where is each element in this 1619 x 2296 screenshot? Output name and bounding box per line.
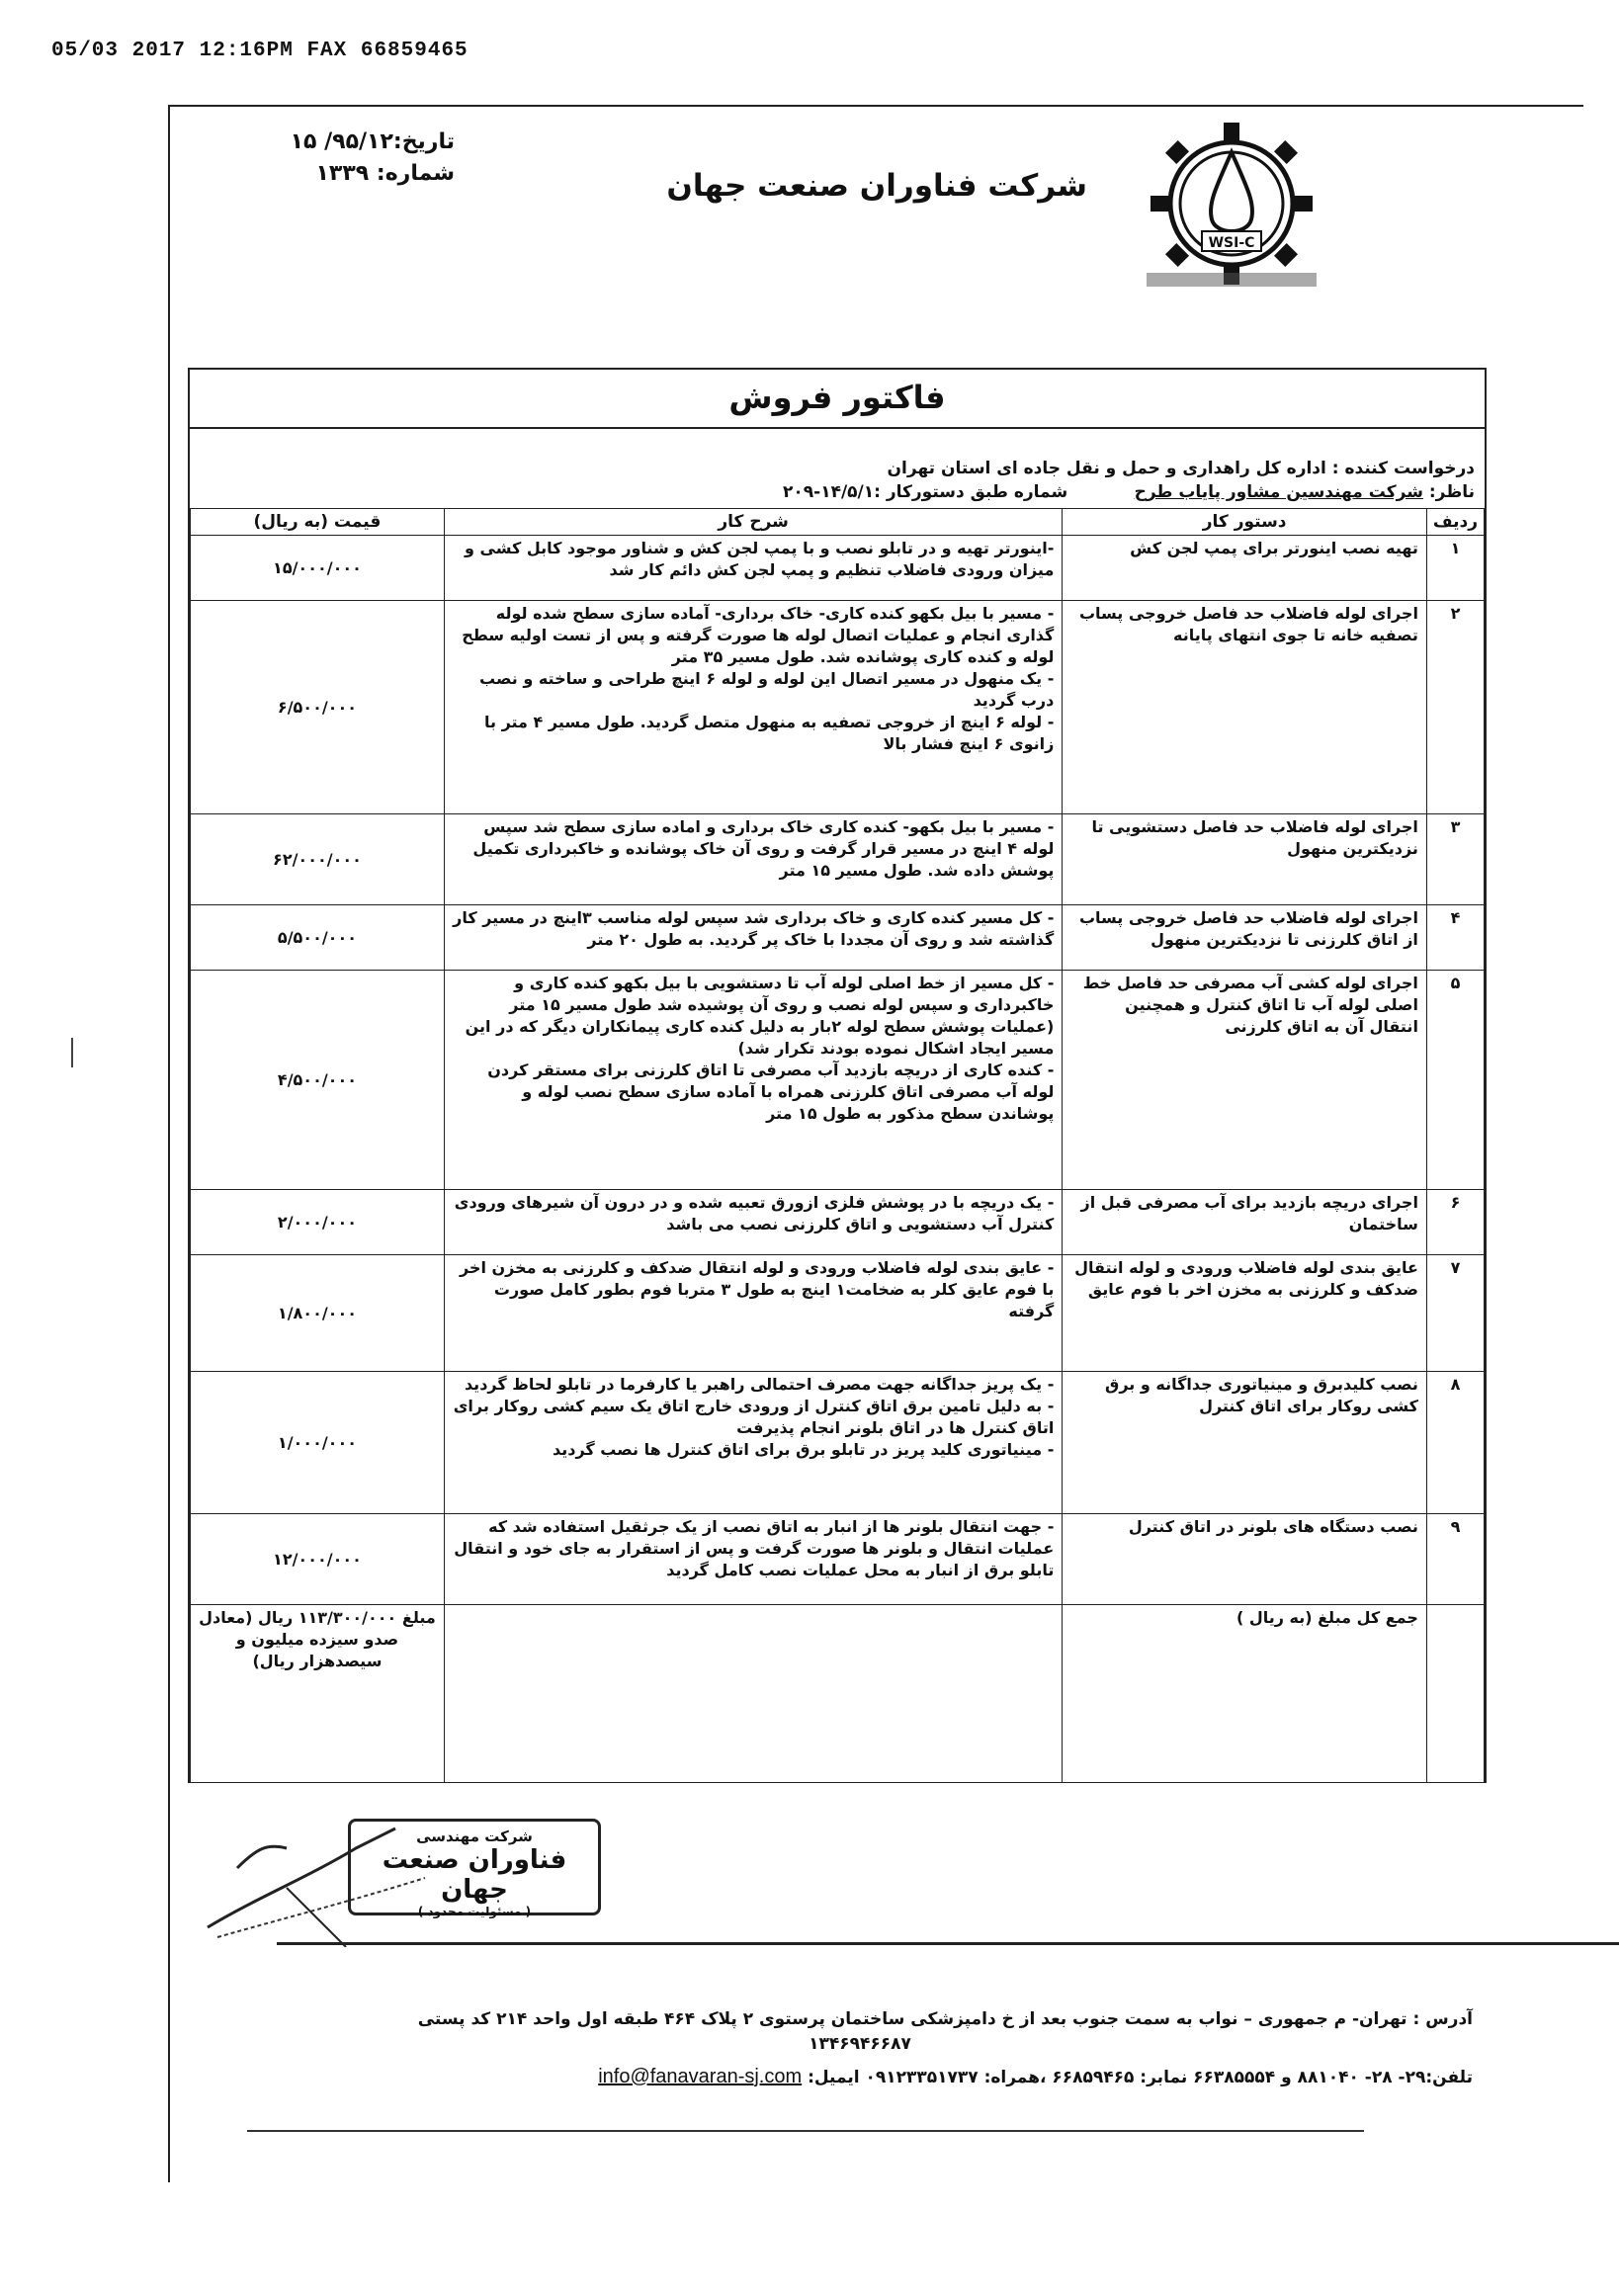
description-line: - کل مسیر کنده کاری و خاک برداری شد سپس … bbox=[453, 907, 1054, 951]
date-label: تاریخ: bbox=[393, 129, 455, 154]
row-price: ۵/۵۰۰/۰۰۰ bbox=[191, 905, 445, 971]
requester-label: درخواست کننده : bbox=[1332, 459, 1475, 478]
description-line: - یک دریچه با در پوشش فلزی ازورق تعبیه ش… bbox=[453, 1192, 1054, 1235]
header-description: شرح کار bbox=[444, 509, 1062, 536]
description-line: - مینیاتوری کلید پریز در تابلو برق برای … bbox=[453, 1439, 1054, 1461]
work-order: اجرای لوله فاضلاب حد فاصل دستشویی تا نزد… bbox=[1063, 814, 1427, 905]
stamp-line-1: شرکت مهندسی bbox=[351, 1828, 598, 1845]
row-number: ۷ bbox=[1426, 1255, 1484, 1372]
table-row: ۳ اجرای لوله فاضلاب حد فاصل دستشویی تا ن… bbox=[191, 814, 1485, 905]
table-row: ۸ نصب کلیدبرق و مینیاتوری جداگانه و برق … bbox=[191, 1372, 1485, 1514]
row-price: ۱/۸۰۰/۰۰۰ bbox=[191, 1255, 445, 1372]
requester-value: اداره کل راهداری و حمل و نقل جاده ای است… bbox=[888, 459, 1326, 478]
row-number: ۵ bbox=[1426, 971, 1484, 1190]
number-value: ۱۳۳۹ bbox=[316, 161, 370, 186]
supervisor-label: ناظر: bbox=[1429, 482, 1475, 502]
table-row: ۶ اجرای دریچه بازدید برای آب مصرفی قبل ا… bbox=[191, 1190, 1485, 1255]
row-number: ۲ bbox=[1426, 601, 1484, 814]
invoice-title: فاکتور فروش bbox=[190, 370, 1485, 429]
row-number: ۴ bbox=[1426, 905, 1484, 971]
work-description: -اینورتر تهیه و در تابلو نصب و با پمپ لج… bbox=[444, 536, 1062, 601]
order-value: ۱۴/۵/۱-۲۰۹ bbox=[783, 482, 874, 502]
fax-header: 05/03 2017 12:16PM FAX 66859465 bbox=[51, 40, 469, 62]
company-stamp: شرکت مهندسی فناوران صنعت جهان ( مسئولیت … bbox=[348, 1819, 601, 1915]
bottom-divider bbox=[247, 2130, 1364, 2132]
description-line: - عایق بندی لوله فاضلاب ورودی و لوله انت… bbox=[453, 1257, 1054, 1322]
date-value: ۹۵/۱۲/ ۱۵ bbox=[291, 129, 393, 154]
footer-address: آدرس : تهران- م جمهوری – نواب به سمت جنو… bbox=[247, 2006, 1473, 2032]
header-work-order: دستور کار bbox=[1063, 509, 1427, 536]
number-label: شماره: bbox=[377, 161, 455, 186]
table-row: ۷ عایق بندی لوله فاضلاب ورودی و لوله انت… bbox=[191, 1255, 1485, 1372]
row-price: ۱۵/۰۰۰/۰۰۰ bbox=[191, 536, 445, 601]
description-line: - مسیر با بیل بکهو کنده کاری- خاک برداری… bbox=[453, 603, 1054, 668]
work-order: نصب کلیدبرق و مینیاتوری جداگانه و برق کش… bbox=[1063, 1372, 1427, 1514]
work-description: - مسیر با بیل بکهو کنده کاری- خاک برداری… bbox=[444, 601, 1062, 814]
row-price: ۶۲/۰۰۰/۰۰۰ bbox=[191, 814, 445, 905]
supervisor-line: ناظر: شرکت مهندسین مشاور پایاب طرح bbox=[1135, 482, 1475, 502]
table-row: ۵ اجرای لوله کشی آب مصرفی حد فاصل خط اصل… bbox=[191, 971, 1485, 1190]
supervisor-value: شرکت مهندسین مشاور پایاب طرح bbox=[1135, 482, 1423, 502]
work-description: - عایق بندی لوله فاضلاب ورودی و لوله انت… bbox=[444, 1255, 1062, 1372]
order-number-line: شماره طبق دستورکار :۱۴/۵/۱-۲۰۹ bbox=[783, 482, 1067, 502]
gear-drop-logo-icon: WSI-C bbox=[1147, 109, 1317, 306]
row-number: ۳ bbox=[1426, 814, 1484, 905]
work-description: - مسیر با بیل بکهو- کنده کاری خاک برداری… bbox=[444, 814, 1062, 905]
row-price: ۱/۰۰۰/۰۰۰ bbox=[191, 1372, 445, 1514]
row-number: ۸ bbox=[1426, 1372, 1484, 1514]
footer-postal-code: ۱۳۴۶۹۴۶۶۸۷ bbox=[247, 2034, 1473, 2054]
total-row: جمع کل مبلغ (به ریال ) مبلغ ۱۱۳/۳۰۰/۰۰۰ … bbox=[191, 1605, 1485, 1783]
invoice-meta: درخواست کننده : اداره کل راهداری و حمل و… bbox=[190, 429, 1485, 508]
work-description: - کل مسیر کنده کاری و خاک برداری شد سپس … bbox=[444, 905, 1062, 971]
total-empty-cell bbox=[1426, 1605, 1484, 1783]
work-order: اجرای لوله فاضلاب حد فاصل خروجی پساب از … bbox=[1063, 905, 1427, 971]
work-description: - کل مسیر از خط اصلی لوله آب تا دستشویی … bbox=[444, 971, 1062, 1190]
row-price: ۲/۰۰۰/۰۰۰ bbox=[191, 1190, 445, 1255]
work-order: اجرای دریچه بازدید برای آب مصرفی قبل از … bbox=[1063, 1190, 1427, 1255]
footer-email-link[interactable]: info@fanavaran-sj.com bbox=[598, 2066, 802, 2087]
invoice-items-table: ردیف دستور کار شرح کار قیمت (به ریال) ۱ … bbox=[190, 508, 1485, 1783]
work-description: - جهت انتقال بلونر ها از انبار به اتاق ن… bbox=[444, 1514, 1062, 1605]
description-line: - مسیر با بیل بکهو- کنده کاری خاک برداری… bbox=[453, 816, 1054, 882]
description-line: - جهت انتقال بلونر ها از انبار به اتاق ن… bbox=[453, 1516, 1054, 1581]
work-order: اجرای لوله کشی آب مصرفی حد فاصل خط اصلی … bbox=[1063, 971, 1427, 1190]
description-line: - لوله ۶ اینچ از خروجی تصفیه به منهول مت… bbox=[453, 712, 1054, 755]
requester-line: درخواست کننده : اداره کل راهداری و حمل و… bbox=[888, 459, 1475, 478]
table-header-row: ردیف دستور کار شرح کار قیمت (به ریال) bbox=[191, 509, 1485, 536]
order-label: شماره طبق دستورکار : bbox=[874, 482, 1067, 502]
table-row: ۲ اجرای لوله فاضلاب حد فاصل خروجی پساب ت… bbox=[191, 601, 1485, 814]
table-row: ۱ تهیه نصب اینورتر برای پمپ لجن کش -اینو… bbox=[191, 536, 1485, 601]
description-line: -اینورتر تهیه و در تابلو نصب و با پمپ لج… bbox=[453, 538, 1054, 581]
header-price: قیمت (به ریال) bbox=[191, 509, 445, 536]
stamp-line-2: فناوران صنعت جهان bbox=[351, 1845, 598, 1905]
row-price: ۶/۵۰۰/۰۰۰ bbox=[191, 601, 445, 814]
logo-text: WSI-C bbox=[1209, 235, 1255, 251]
date-number-block: تاریخ:۹۵/۱۲/ ۱۵ شماره: ۱۳۳۹ bbox=[277, 127, 455, 190]
total-value: مبلغ ۱۱۳/۳۰۰/۰۰۰ ریال (معادل صدو سیزده م… bbox=[191, 1605, 445, 1783]
header-row-number: ردیف bbox=[1426, 509, 1484, 536]
row-number: ۹ bbox=[1426, 1514, 1484, 1605]
table-row: ۹ نصب دستگاه های بلونر در اتاق کنترل - ج… bbox=[191, 1514, 1485, 1605]
table-row: ۴ اجرای لوله فاضلاب حد فاصل خروجی پساب ا… bbox=[191, 905, 1485, 971]
row-number: ۶ bbox=[1426, 1190, 1484, 1255]
description-line: - کل مسیر از خط اصلی لوله آب تا دستشویی … bbox=[453, 973, 1054, 1060]
footer-divider bbox=[277, 1942, 1619, 1945]
work-description: - یک پریز جداگانه جهت مصرف احتمالی راهبر… bbox=[444, 1372, 1062, 1514]
footer-phone: تلفن:۲۹- ۲۸- ۸۸۱۰۴۰ و ۶۶۳۸۵۵۵۴ نمابر: ۶۶… bbox=[808, 2068, 1473, 2087]
stamp-line-3: ( مسئولیت محدود ) bbox=[351, 1905, 598, 1918]
description-line: - یک منهول در مسیر اتصال این لوله و لوله… bbox=[453, 668, 1054, 712]
work-order: عایق بندی لوله فاضلاب ورودی و لوله انتقا… bbox=[1063, 1255, 1427, 1372]
row-price: ۴/۵۰۰/۰۰۰ bbox=[191, 971, 445, 1190]
invoice-box: فاکتور فروش درخواست کننده : اداره کل راه… bbox=[188, 368, 1487, 1783]
work-order: تهیه نصب اینورتر برای پمپ لجن کش bbox=[1063, 536, 1427, 601]
description-line: - کنده کاری از دریچه بازدید آب مصرفی تا … bbox=[453, 1060, 1054, 1125]
work-order: نصب دستگاه های بلونر در اتاق کنترل bbox=[1063, 1514, 1427, 1605]
total-label: جمع کل مبلغ (به ریال ) bbox=[1063, 1605, 1427, 1783]
row-price: ۱۲/۰۰۰/۰۰۰ bbox=[191, 1514, 445, 1605]
row-number: ۱ bbox=[1426, 536, 1484, 601]
total-description-empty bbox=[444, 1605, 1062, 1783]
description-line: - یک پریز جداگانه جهت مصرف احتمالی راهبر… bbox=[453, 1374, 1054, 1396]
scan-edge-mark bbox=[71, 1038, 73, 1067]
work-order: اجرای لوله فاضلاب حد فاصل خروجی پساب تصف… bbox=[1063, 601, 1427, 814]
footer-contact: تلفن:۲۹- ۲۸- ۸۸۱۰۴۰ و ۶۶۳۸۵۵۵۴ نمابر: ۶۶… bbox=[247, 2066, 1473, 2088]
work-description: - یک دریچه با در پوشش فلزی ازورق تعبیه ش… bbox=[444, 1190, 1062, 1255]
company-name: شرکت فناوران صنعت جهان bbox=[652, 168, 1087, 204]
company-logo: WSI-C bbox=[1147, 109, 1317, 306]
description-line: - به دلیل تامین برق اتاق کنترل از ورودی … bbox=[453, 1396, 1054, 1439]
